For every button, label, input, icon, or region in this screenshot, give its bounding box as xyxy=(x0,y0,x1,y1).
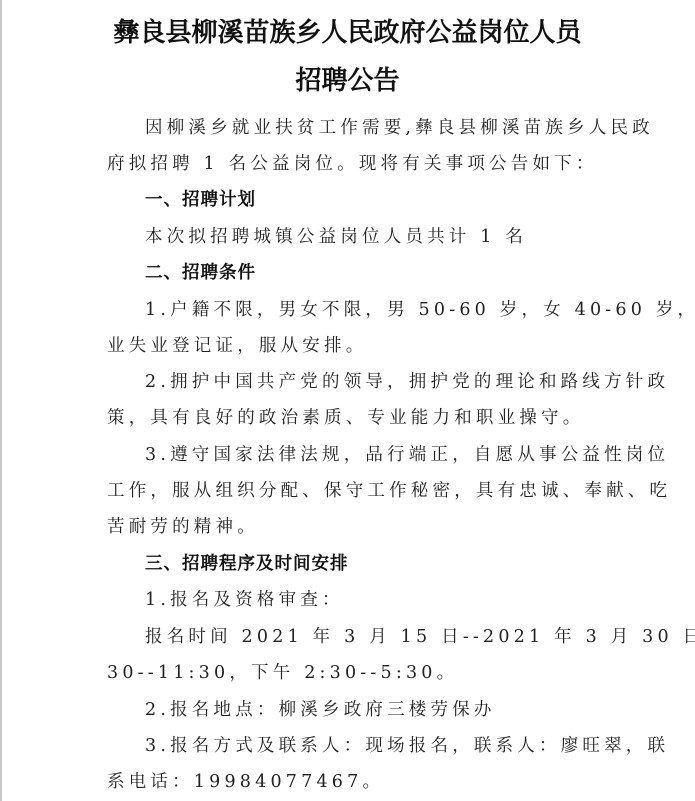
plan-line-1: 本次拟招聘城镇公益岗位人员共计 1 名 xyxy=(145,226,527,248)
condition-1-line-1: 1.户籍不限，男女不限，男 50-60 岁，女 40-60 岁，有就 xyxy=(145,299,695,321)
intro-line-2: 府拟招聘 1 名公益岗位。现将有关事项公告如下： xyxy=(107,153,598,175)
section-heading-conditions: 二、招聘条件 xyxy=(145,262,256,284)
document-title-line-2: 招聘公告 xyxy=(0,60,695,97)
procedure-3-line-2: 系电话：19984077467。 xyxy=(107,771,384,793)
section-heading-plan: 一、招聘计划 xyxy=(145,189,256,211)
procedure-3-line-1: 3.报名方式及联系人：现场报名，联系人：廖旺翠，联 xyxy=(145,735,669,757)
intro-line-1: 因柳溪乡就业扶贫工作需要,彝良县柳溪苗族乡人民政 xyxy=(145,117,654,139)
procedure-1-line-1: 1.报名及资格审查： xyxy=(145,589,344,611)
condition-2-line-1: 2.拥护中国共产党的领导，拥护党的理论和路线方针政 xyxy=(145,371,669,393)
document-title-line-1: 彝良县柳溪苗族乡人民政府公益岗位人员 xyxy=(0,12,695,49)
procedure-time-line-1: 报名时间 2021 年 3 月 15 日--2021 年 3 月 30 日上午 … xyxy=(145,626,695,648)
document-page: 彝良县柳溪苗族乡人民政府公益岗位人员 招聘公告 因柳溪乡就业扶贫工作需要,彝良县… xyxy=(0,0,695,801)
condition-1-line-2: 业失业登记证，服从安排。 xyxy=(107,335,367,357)
section-heading-procedure: 三、招聘程序及时间安排 xyxy=(145,553,349,575)
procedure-2-line-1: 2.报名地点：柳溪乡政府三楼劳保办 xyxy=(145,699,496,721)
condition-3-line-3: 苦耐劳的精神。 xyxy=(107,516,259,538)
condition-2-line-2: 策，具有良好的政治素质、专业能力和职业操守。 xyxy=(107,407,584,429)
procedure-time-line-2: 30--11:30，下午 2:30--5:30。 xyxy=(107,662,458,684)
condition-3-line-1: 3.遵守国家法律法规，品行端正，自愿从事公益性岗位 xyxy=(145,444,669,466)
condition-3-line-2: 工作，服从组织分配、保守工作秘密，具有忠诚、奉献、吃 xyxy=(107,480,671,502)
